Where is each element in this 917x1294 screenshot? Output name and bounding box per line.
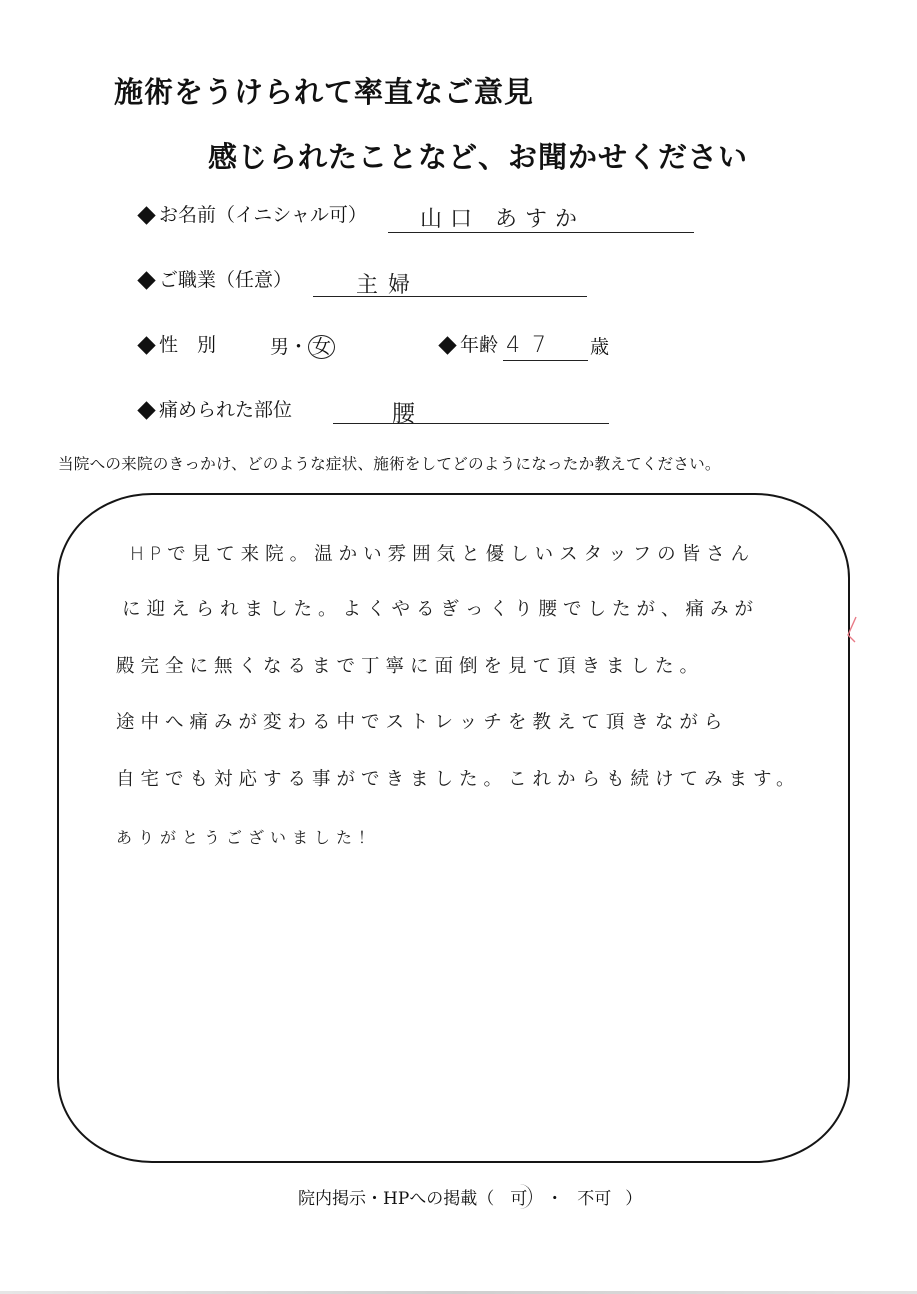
name-field: お名前（イニシャル可） bbox=[137, 203, 367, 227]
name-value: 山口 あすか bbox=[420, 202, 585, 233]
consent-separator: ・ bbox=[546, 1189, 563, 1209]
diamond-bullet-icon bbox=[438, 336, 456, 354]
gender-label: 性 別 bbox=[159, 333, 216, 357]
age-label: 年齢 bbox=[460, 333, 498, 357]
comment-line-2: に迎えられました。よくやるぎっくり腰でしたが、痛みが bbox=[122, 595, 759, 621]
occupation-underline[interactable] bbox=[313, 266, 587, 297]
comment-line-3: 殿完全に無くなるまで丁寧に面倒を見て頂きました。 bbox=[116, 652, 704, 678]
occupation-value: 主婦 bbox=[356, 268, 420, 299]
gender-options: 男・女 bbox=[270, 332, 335, 359]
age-field: 年齢 bbox=[438, 333, 498, 357]
gender-option-female-circled[interactable]: 女 bbox=[308, 335, 335, 359]
occupation-field: ご職業（任意） bbox=[137, 268, 292, 292]
publication-consent: 院内掲示・HPへの掲載（可・不可） bbox=[298, 1184, 642, 1209]
age-unit: 歳 bbox=[590, 332, 609, 359]
gender-separator: ・ bbox=[289, 336, 308, 358]
gender-field: 性 別 bbox=[137, 333, 216, 357]
diamond-bullet-icon bbox=[137, 206, 155, 224]
publication-consent-label: 院内掲示・HPへの掲載（ bbox=[298, 1189, 494, 1209]
diamond-bullet-icon bbox=[137, 271, 155, 289]
diamond-bullet-icon bbox=[137, 336, 155, 354]
consent-close-paren: ） bbox=[625, 1189, 642, 1209]
affected-area-underline[interactable] bbox=[333, 393, 609, 424]
gender-option-male[interactable]: 男 bbox=[270, 336, 289, 358]
comment-prompt: 当院への来院のきっかけ、どのような症状、施術をしてどのようになったか教えてくださ… bbox=[58, 452, 721, 474]
comment-line-5: 自宅でも対応する事ができました。これからも続けてみます。 bbox=[116, 765, 801, 791]
consent-option-denied[interactable]: 不可 bbox=[577, 1189, 611, 1209]
name-label: お名前（イニシャル可） bbox=[159, 203, 367, 227]
comment-line-4: 途中へ痛みが変わる中でストレッチを教えて頂きながら bbox=[116, 708, 728, 734]
affected-area-value: 腰 bbox=[392, 395, 420, 428]
form-title-line-2: 感じられたことなど、お聞かせください bbox=[208, 135, 748, 176]
affected-area-label: 痛められた部位 bbox=[159, 398, 292, 422]
form-title-line-1: 施術をうけられて率直なご意見 bbox=[114, 70, 534, 111]
diamond-bullet-icon bbox=[137, 401, 155, 419]
affected-area-field: 痛められた部位 bbox=[137, 398, 292, 422]
comment-line-6: ありがとうございました！ bbox=[116, 825, 380, 848]
comment-line-1: HPで見て来院。温かい雰囲気と優しいスタッフの皆さん bbox=[130, 540, 755, 566]
consent-option-allowed-circled[interactable]: 可 bbox=[508, 1184, 532, 1209]
occupation-label: ご職業（任意） bbox=[159, 268, 292, 292]
red-check-mark-icon bbox=[844, 615, 858, 645]
age-value: 47 bbox=[506, 333, 558, 358]
